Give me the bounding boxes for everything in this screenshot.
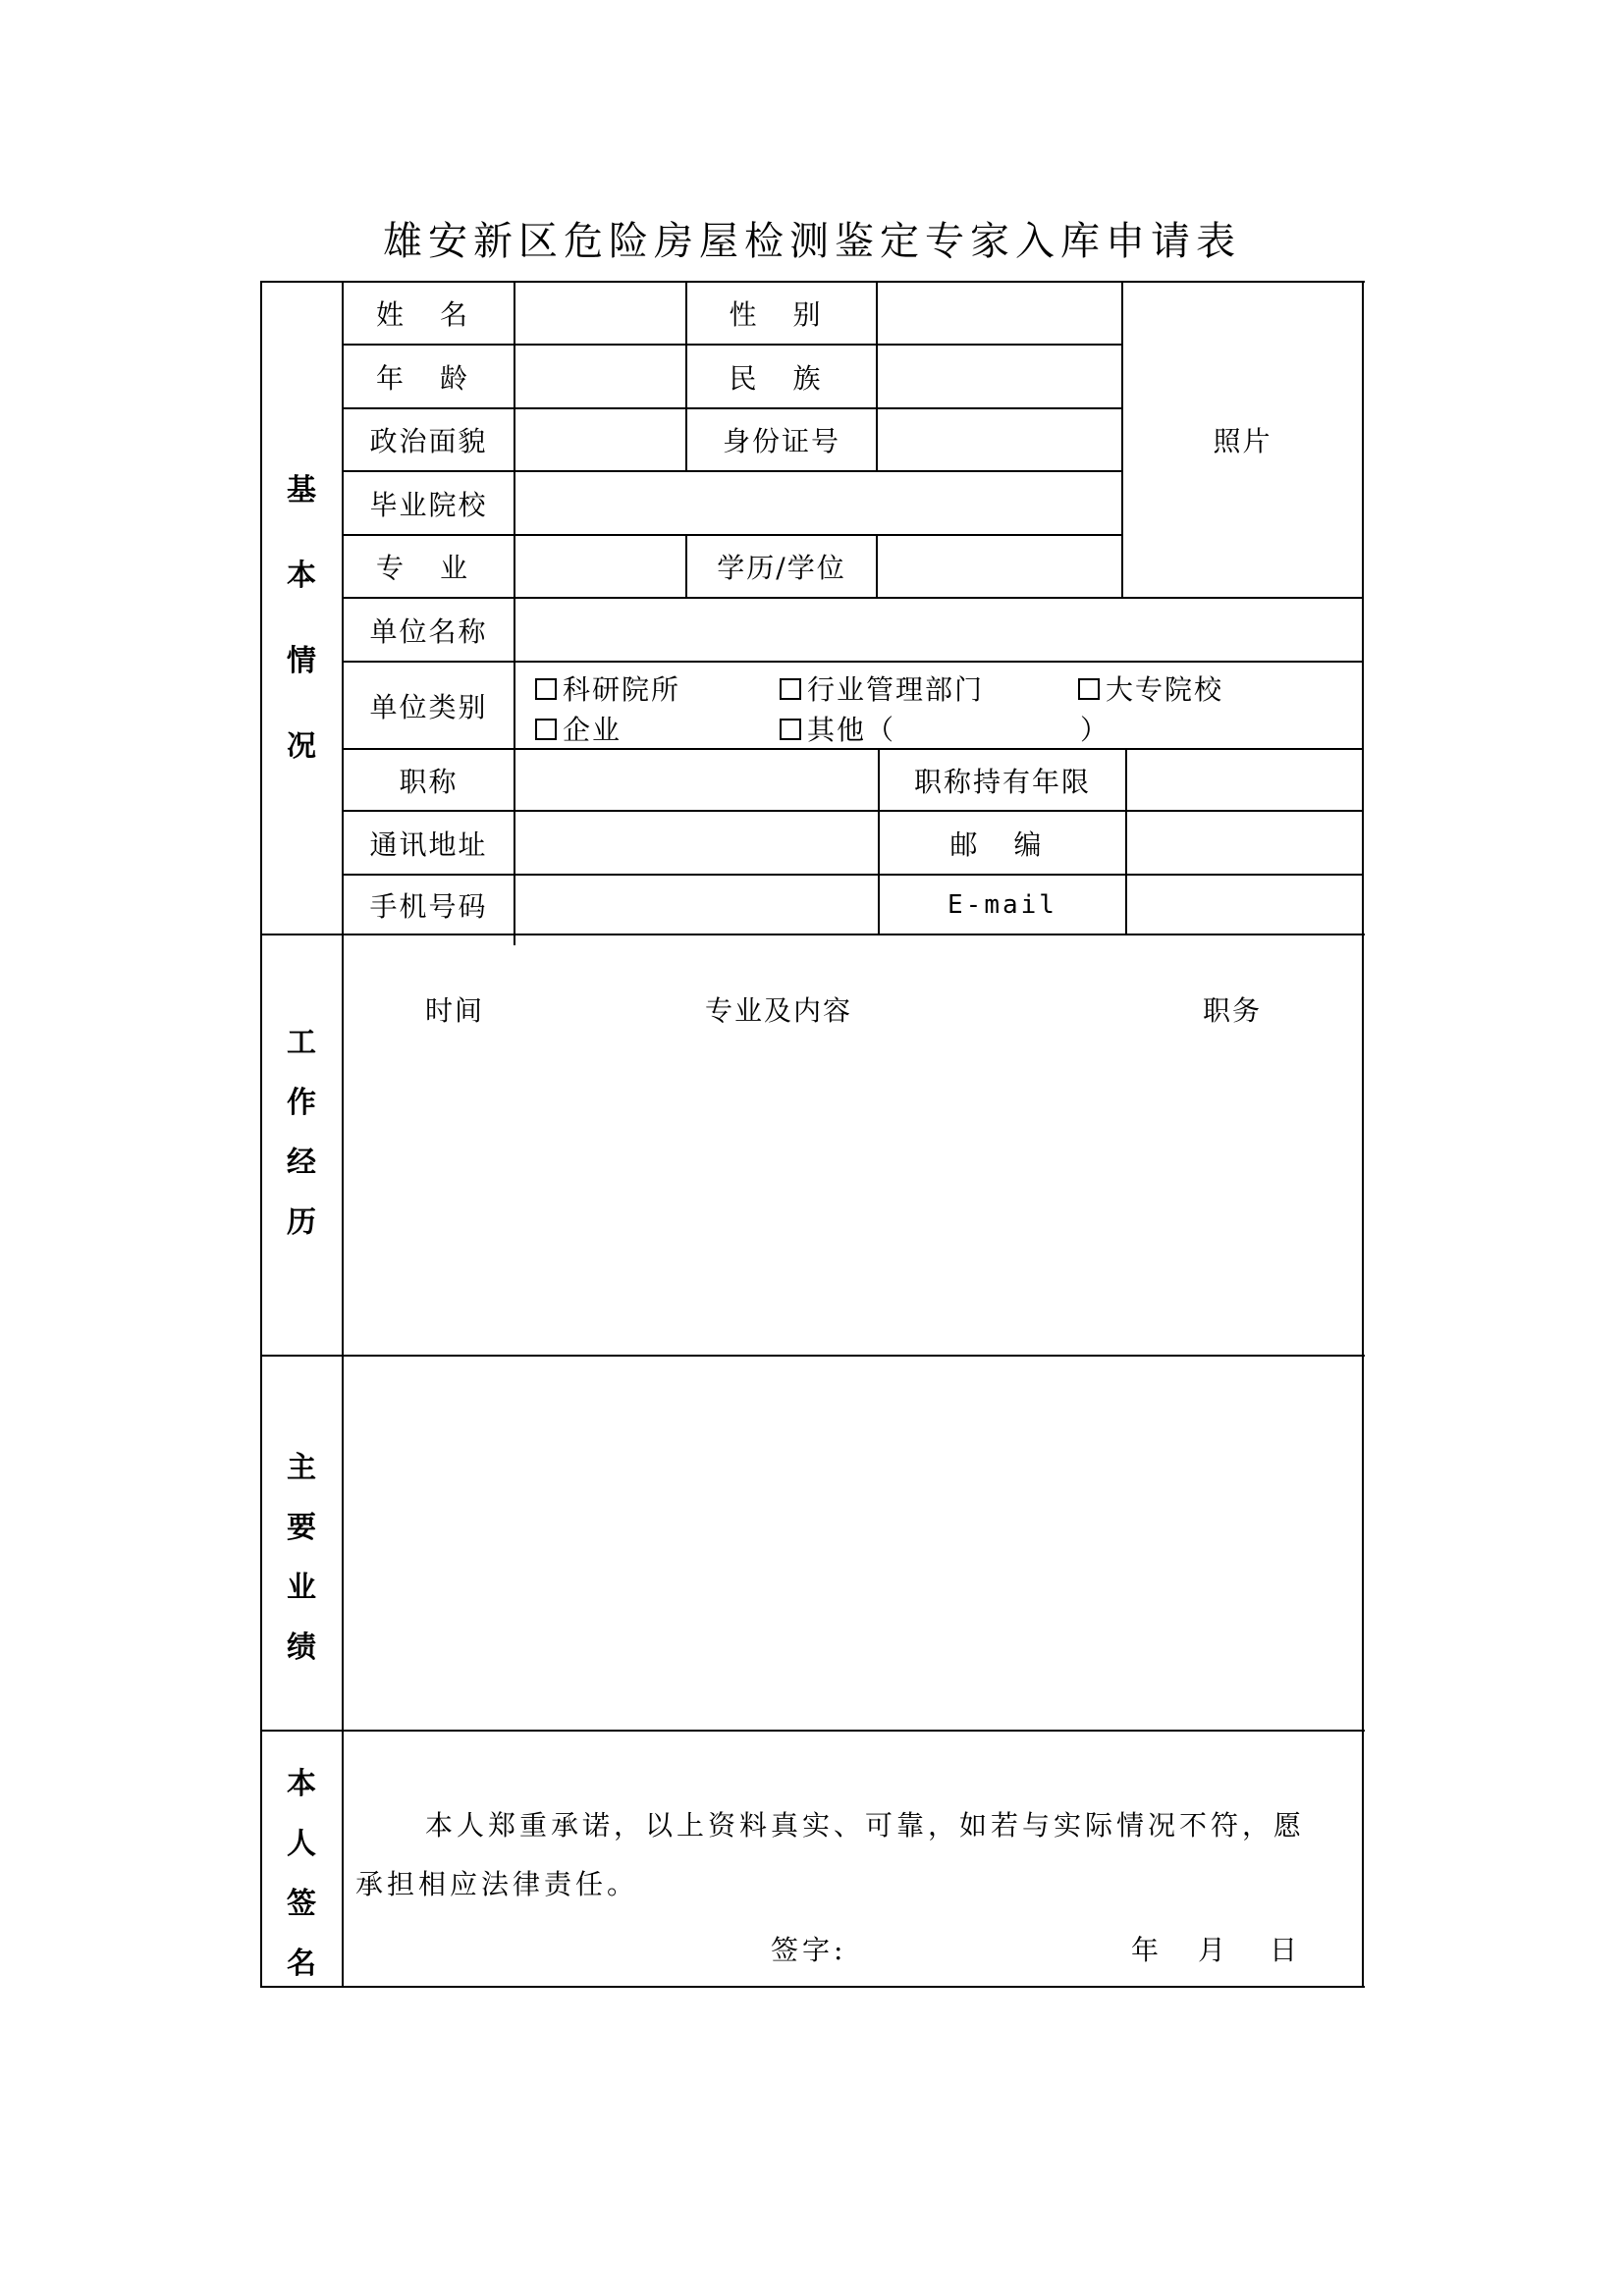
work-col-content: 专业及内容 <box>705 989 852 1029</box>
org-type-admin-checkbox[interactable]: 行业管理部门 <box>780 668 984 708</box>
checkbox-label: 其他（ <box>807 714 895 746</box>
checkbox-icon <box>1078 678 1100 700</box>
checkbox-icon <box>780 678 801 700</box>
date-month-label: 月 <box>1198 1929 1229 1968</box>
section-char: 签 <box>287 1879 316 1922</box>
checkbox-icon <box>780 719 801 740</box>
section-char: 基 <box>287 465 316 508</box>
org-type-other-close-paren: ） <box>1080 709 1110 748</box>
divider <box>261 1730 1365 1732</box>
age-label: 年 龄 <box>343 345 514 408</box>
checkbox-icon <box>535 678 557 700</box>
phone-field[interactable] <box>515 876 878 934</box>
email-label: E-mail <box>879 875 1126 934</box>
org-type-research-checkbox[interactable]: 科研院所 <box>535 668 680 708</box>
school-label: 毕业院校 <box>343 471 514 535</box>
checkbox-label: 大专院校 <box>1106 673 1223 706</box>
degree-field[interactable] <box>878 536 1121 597</box>
table-border-bottom <box>261 1986 1365 1988</box>
pledge-text-line1: 本人郑重承诺，以上资料真实、可靠，如若与实际情况不符，愿 <box>425 1804 1305 1843</box>
table-border-left <box>260 281 262 1988</box>
section-char: 主 <box>287 1443 316 1486</box>
signature-field[interactable] <box>854 1924 1110 1963</box>
achievements-field[interactable] <box>344 1357 1361 1729</box>
name-field[interactable] <box>515 283 685 344</box>
ethnicity-field[interactable] <box>878 346 1121 407</box>
id-number-field[interactable] <box>878 409 1121 470</box>
work-history-field[interactable] <box>344 1041 1361 1353</box>
section-char: 本 <box>287 1759 316 1802</box>
section-char: 要 <box>287 1503 316 1546</box>
address-label: 通讯地址 <box>343 811 514 875</box>
major-field[interactable] <box>515 536 685 597</box>
work-col-time: 时间 <box>425 989 484 1029</box>
political-status-label: 政治面貌 <box>343 408 514 471</box>
gender-label: 性 别 <box>686 282 877 345</box>
org-name-label: 单位名称 <box>343 598 514 662</box>
org-type-other-field[interactable] <box>903 709 1080 742</box>
section-char: 经 <box>287 1138 316 1181</box>
title-years-label: 职称持有年限 <box>879 749 1126 811</box>
ethnicity-label: 民 族 <box>686 345 877 408</box>
org-name-field[interactable] <box>515 599 1362 661</box>
checkbox-label: 科研院所 <box>563 673 680 706</box>
section-char: 本 <box>287 551 316 594</box>
org-type-other-checkbox[interactable]: 其他（ <box>780 709 895 748</box>
major-label: 专 业 <box>343 535 514 598</box>
signature-label: 签字: <box>771 1929 846 1968</box>
section-char: 况 <box>287 721 316 765</box>
age-field[interactable] <box>515 346 685 407</box>
address-field[interactable] <box>515 812 878 874</box>
section-char: 人 <box>287 1819 316 1862</box>
section-char: 作 <box>287 1078 316 1121</box>
political-status-field[interactable] <box>515 409 685 470</box>
email-field[interactable] <box>1127 876 1362 934</box>
checkbox-label: 行业管理部门 <box>807 673 984 706</box>
section-char: 名 <box>287 1939 316 1982</box>
postcode-field[interactable] <box>1127 812 1362 874</box>
photo-box[interactable]: 照片 <box>1122 282 1363 598</box>
school-field[interactable] <box>515 472 1121 534</box>
date-day-label: 日 <box>1270 1929 1301 1968</box>
phone-label: 手机号码 <box>343 875 514 934</box>
org-type-college-checkbox[interactable]: 大专院校 <box>1078 668 1223 708</box>
section-char: 情 <box>287 636 316 679</box>
section-char: 业 <box>287 1563 316 1606</box>
section-char: 历 <box>287 1198 316 1241</box>
pledge-text-line2: 承担相应法律责任。 <box>355 1863 638 1902</box>
title-years-field[interactable] <box>1127 750 1362 810</box>
degree-label: 学历/学位 <box>686 535 877 598</box>
title-field[interactable] <box>515 750 878 810</box>
org-type-enterprise-checkbox[interactable]: 企业 <box>535 709 622 748</box>
section-char: 工 <box>287 1018 316 1061</box>
org-type-label: 单位类别 <box>343 662 514 749</box>
name-label: 姓 名 <box>343 282 514 345</box>
title-label: 职称 <box>343 749 514 811</box>
section-char: 绩 <box>287 1623 316 1666</box>
checkbox-label: 企业 <box>563 714 622 746</box>
id-number-label: 身份证号 <box>686 408 877 471</box>
postcode-label: 邮 编 <box>879 811 1126 875</box>
gender-field[interactable] <box>878 283 1121 344</box>
page-title: 雄安新区危险房屋检测鉴定专家入库申请表 <box>0 210 1624 266</box>
checkbox-icon <box>535 719 557 740</box>
work-col-position: 职务 <box>1203 989 1262 1029</box>
date-year-label: 年 <box>1131 1929 1163 1968</box>
